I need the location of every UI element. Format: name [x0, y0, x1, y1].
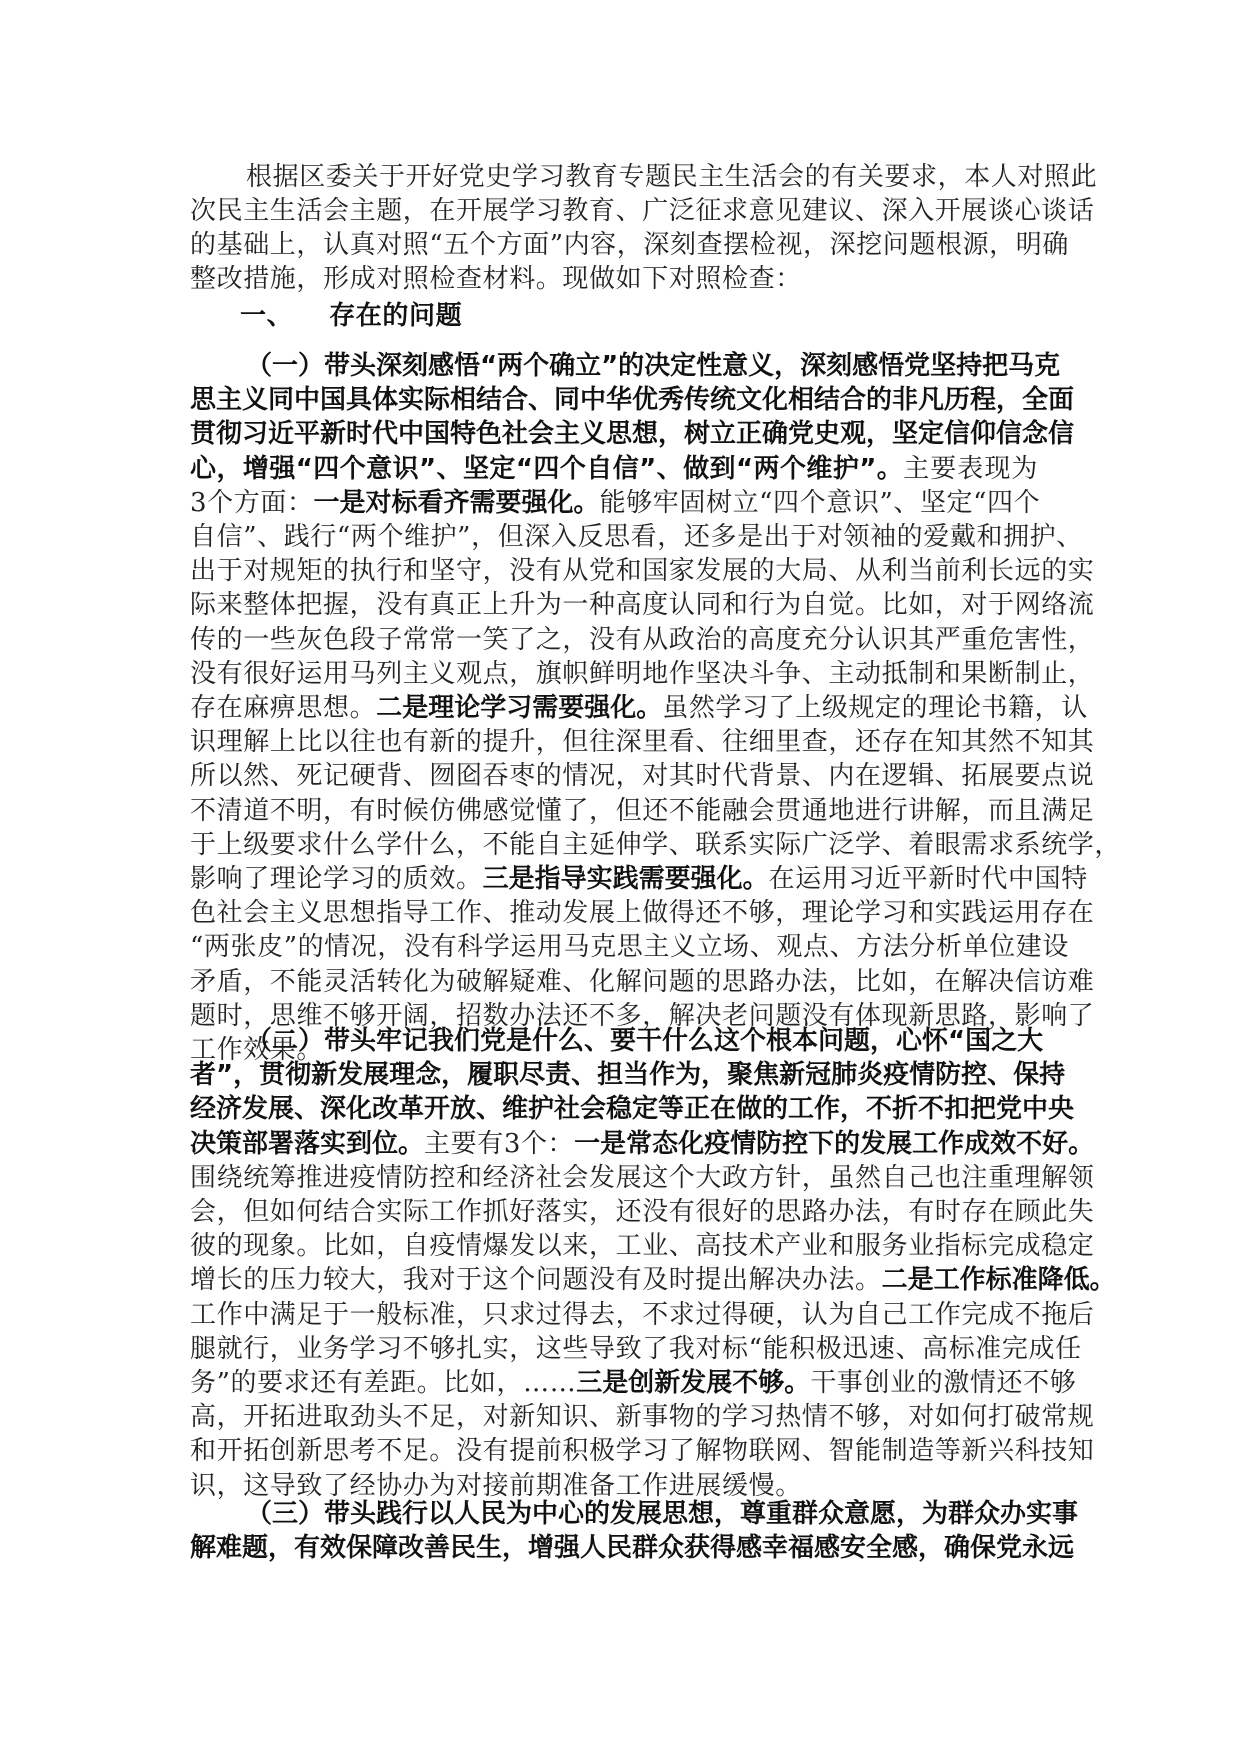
section-title: 存在的问题	[329, 301, 462, 331]
text-line: 根据区委关于开好党史学习教育专题民主生活会的有关要求，本人对照此	[246, 160, 1038, 194]
text-run: 在运用习近平新时代中国特	[769, 864, 1088, 894]
text-run: 和开拓创新思考不足。没有提前积极学习了解物联网、智能制造等新兴科技知	[190, 1436, 1094, 1466]
text-run: 传的一些灰色段子常常一笑了之，没有从政治的高度充分认识其严重危害性，	[190, 625, 1094, 655]
text-run: 于上级要求什么学什么，不能自主延伸学、联系实际广泛学、着眼需求系统学，	[190, 830, 1121, 860]
text-line: 围绕统筹推进疫情防控和经济社会发展这个大政方针，虽然自己也注重理解领	[190, 1161, 1038, 1195]
text-line: 矛盾，不能灵活转化为破解疑难、化解问题的思路办法，比如，在解决信访难	[190, 965, 1038, 999]
text-line: （三）带头践行以人民为中心的发展思想，尊重群众意愿，为群众办实事	[246, 1497, 1038, 1531]
text-run: 能够牢固树立“四个意识”、坚定“四个	[600, 488, 1041, 518]
bold-run: （三）带头践行以人民为中心的发展思想，尊重群众意愿，为群众办实事	[246, 1499, 1078, 1529]
text-run: 的基础上，认真对照“五个方面”内容，深刻查摆检视，深挖问题根源，明确	[190, 230, 1069, 260]
text-run: 矛盾，不能灵活转化为破解疑难、化解问题的思路办法，比如，在解决信访难	[190, 967, 1094, 997]
bold-run: 心，增强“四个意识”、坚定“四个自信”、做到“两个维护”。	[190, 454, 903, 484]
bold-run: 三是指导实践需要强化。	[483, 864, 769, 894]
text-run: 没有很好运用马列主义观点，旗帜鲜明地作坚决斗争、主动抵制和果断制止，	[190, 659, 1094, 689]
text-line: 识理解上比以往也有新的提升，但往深里看、往细里查，还存在知其然不知其	[190, 725, 1038, 759]
text-line: 决策部署落实到位。主要有3个：一是常态化疫情防控下的发展工作成效不好。	[190, 1127, 1038, 1161]
text-run: 所以然、死记硬背、囫囵吞枣的情况，对其时代背景、内在逻辑、拓展要点说	[190, 761, 1094, 791]
bold-run: 解难题，有效保障改善民生，增强人民群众获得感幸福感安全感，确保党永远	[190, 1533, 1074, 1563]
section-heading: 一、存在的问题	[240, 299, 1088, 333]
text-run: 主要表现为	[903, 454, 1038, 484]
text-line: 出于对规矩的执行和坚守，没有从党和国家发展的大局、从利当前利长远的实	[190, 554, 1038, 588]
section-number: 一、	[240, 301, 293, 331]
text-line: （一）带头深刻感悟“两个确立”的决定性意义，深刻感悟党坚持把马克	[246, 349, 1038, 383]
text-line: 工作中满足于一般标准，只求过得去，不求过得硬，认为自己工作完成不拖后	[190, 1298, 1038, 1332]
text-run: 根据区委关于开好党史学习教育专题民主生活会的有关要求，本人对照此	[246, 162, 1097, 192]
text-run: 高，开拓进取劲头不足，对新知识、新事物的学习热情不够，对如何打破常规	[190, 1402, 1094, 1432]
text-line: 没有很好运用马列主义观点，旗帜鲜明地作坚决斗争、主动抵制和果断制止，	[190, 657, 1038, 691]
text-line: 彼的现象。比如，自疫情爆发以来，工业、高技术产业和服务业指标完成稳定	[190, 1229, 1038, 1263]
text-line: 传的一些灰色段子常常一笑了之，没有从政治的高度充分认识其严重危害性，	[190, 623, 1038, 657]
text-run: 务”的要求还有差距。比如，……	[190, 1368, 576, 1398]
text-line: 3个方面：一是对标看齐需要强化。能够牢固树立“四个意识”、坚定“四个	[190, 486, 1038, 520]
text-run: 不清道不明，有时候仿佛感觉懂了，但还不能融会贯通地进行讲解，而且满足	[190, 796, 1094, 826]
bold-run: 贯彻习近平新时代中国特色社会主义思想，树立正确党史观，坚定信仰信念信	[190, 419, 1074, 449]
text-line: 贯彻习近平新时代中国特色社会主义思想，树立正确党史观，坚定信仰信念信	[190, 417, 1038, 451]
text-line: 存在麻痹思想。二是理论学习需要强化。虽然学习了上级规定的理论书籍，认	[190, 691, 1038, 725]
text-run: 出于对规矩的执行和坚守，没有从党和国家发展的大局、从利当前利长远的实	[190, 556, 1094, 586]
bold-run: （一）带头深刻感悟“两个确立”的决定性意义，深刻感悟党坚持把马克	[246, 351, 1060, 381]
text-run: 整改措施，形成对照检查材料。现做如下对照检查：	[190, 264, 802, 294]
text-line: 思主义同中国具体实际相结合、同中华优秀传统文化相结合的非凡历程，全面	[190, 383, 1038, 417]
text-line: 次民主生活会主题，在开展学习教育、广泛征求意见建议、深入开展谈心谈话	[190, 194, 1038, 228]
text-line: 于上级要求什么学什么，不能自主延伸学、联系实际广泛学、着眼需求系统学，	[190, 828, 1038, 862]
text-line: 和开拓创新思考不足。没有提前积极学习了解物联网、智能制造等新兴科技知	[190, 1434, 1038, 1468]
text-line: 际来整体把握，没有真正上升为一种高度认同和行为自觉。比如，对于网络流	[190, 588, 1038, 622]
text-line: 高，开拓进取劲头不足，对新知识、新事物的学习热情不够，对如何打破常规	[190, 1400, 1038, 1434]
text-run: “两张皮”的情况，没有科学运用马克思主义立场、观点、方法分析单位建设	[190, 932, 1069, 962]
text-line: 经济发展、深化改革开放、维护社会稳定等正在做的工作，不折不扣把党中央	[190, 1092, 1038, 1126]
text-run: 影响了理论学习的质效。	[190, 864, 483, 894]
document-page: 根据区委关于开好党史学习教育专题民主生活会的有关要求，本人对照此次民主生活会主题…	[0, 0, 1240, 1754]
text-line: 的基础上，认真对照“五个方面”内容，深刻查摆检视，深挖问题根源，明确	[190, 228, 1038, 262]
text-line: 增长的压力较大，我对于这个问题没有及时提出解决办法。二是工作标准降低。	[190, 1263, 1038, 1297]
text-line: 自信”、践行“两个维护”，但深入反思看，还多是出于对领袖的爱戴和拥护、	[190, 520, 1038, 554]
text-line: 影响了理论学习的质效。三是指导实践需要强化。在运用习近平新时代中国特	[190, 862, 1038, 896]
text-run: 虽然学习了上级规定的理论书籍，认	[662, 693, 1088, 723]
text-run: 彼的现象。比如，自疫情爆发以来，工业、高技术产业和服务业指标完成稳定	[190, 1231, 1094, 1261]
text-line: 心，增强“四个意识”、坚定“四个自信”、做到“两个维护”。主要表现为	[190, 452, 1038, 486]
text-line: 不清道不明，有时候仿佛感觉懂了，但还不能融会贯通地进行讲解，而且满足	[190, 794, 1038, 828]
bold-run: 者”，贯彻新发展理念，履职尽责、担当作为，聚焦新冠肺炎疫情防控、保持	[190, 1060, 1065, 1090]
text-line: （二）带头牢记我们党是什么、要干什么这个根本问题，心怀“国之大	[246, 1024, 1038, 1058]
bold-run: 思主义同中国具体实际相结合、同中华优秀传统文化相结合的非凡历程，全面	[190, 385, 1074, 415]
text-run: 会，但如何结合实际工作抓好落实，还没有很好的思路办法，有时存在顾此失	[190, 1197, 1094, 1227]
bold-run: 一是对标看齐需要强化。	[314, 488, 600, 518]
text-run: 腿就行，业务学习不够扎实，这些导致了我对标“能积极迅速、高标准完成任	[190, 1334, 1082, 1364]
text-line: 解难题，有效保障改善民生，增强人民群众获得感幸福感安全感，确保党永远	[190, 1531, 1038, 1565]
text-run: 自信”、践行“两个维护”，但深入反思看，还多是出于对领袖的爱戴和拥护、	[190, 522, 1083, 552]
bold-run: 经济发展、深化改革开放、维护社会稳定等正在做的工作，不折不扣把党中央	[190, 1094, 1074, 1124]
text-run: 围绕统筹推进疫情防控和经济社会发展这个大政方针，虽然自己也注重理解领	[190, 1163, 1094, 1193]
text-line: 色社会主义思想指导工作、推动发展上做得还不够，理论学习和实践运用存在	[190, 896, 1038, 930]
text-run: 工作中满足于一般标准，只求过得去，不求过得硬，认为自己工作完成不拖后	[190, 1300, 1094, 1330]
bold-run: 一是常态化疫情防控下的发展工作成效不好。	[574, 1129, 1094, 1159]
text-run: 干事创业的激情还不够	[810, 1368, 1076, 1398]
text-run: 存在麻痹思想。	[190, 693, 376, 723]
bold-run: （二）带头牢记我们党是什么、要干什么这个根本问题，心怀“国之大	[246, 1026, 1043, 1056]
text-line: 会，但如何结合实际工作抓好落实，还没有很好的思路办法，有时存在顾此失	[190, 1195, 1038, 1229]
text-run: 识理解上比以往也有新的提升，但往深里看、往细里查，还存在知其然不知其	[190, 727, 1094, 757]
text-run: 增长的压力较大，我对于这个问题没有及时提出解决办法。	[190, 1265, 882, 1295]
text-line: “两张皮”的情况，没有科学运用马克思主义立场、观点、方法分析单位建设	[190, 930, 1038, 964]
text-run: 色社会主义思想指导工作、推动发展上做得还不够，理论学习和实践运用存在	[190, 898, 1094, 928]
bold-run: 二是理论学习需要强化。	[376, 693, 662, 723]
text-line: 所以然、死记硬背、囫囵吞枣的情况，对其时代背景、内在逻辑、拓展要点说	[190, 759, 1038, 793]
bold-run: 决策部署落实到位。	[190, 1129, 424, 1159]
text-line: 腿就行，业务学习不够扎实，这些导致了我对标“能积极迅速、高标准完成任	[190, 1332, 1038, 1366]
text-line: 务”的要求还有差距。比如，……三是创新发展不够。干事创业的激情还不够	[190, 1366, 1038, 1400]
text-line: 整改措施，形成对照检查材料。现做如下对照检查：	[190, 262, 1038, 296]
text-line: 者”，贯彻新发展理念，履职尽责、担当作为，聚焦新冠肺炎疫情防控、保持	[190, 1058, 1038, 1092]
text-run: 3个方面：	[190, 488, 314, 518]
bold-run: 二是工作标准降低。	[882, 1265, 1116, 1295]
bold-run: 三是创新发展不够。	[576, 1368, 810, 1398]
text-run: 主要有3个：	[424, 1129, 574, 1159]
text-run: 际来整体把握，没有真正上升为一种高度认同和行为自觉。比如，对于网络流	[190, 590, 1094, 620]
text-run: 次民主生活会主题，在开展学习教育、广泛征求意见建议、深入开展谈心谈话	[190, 196, 1094, 226]
